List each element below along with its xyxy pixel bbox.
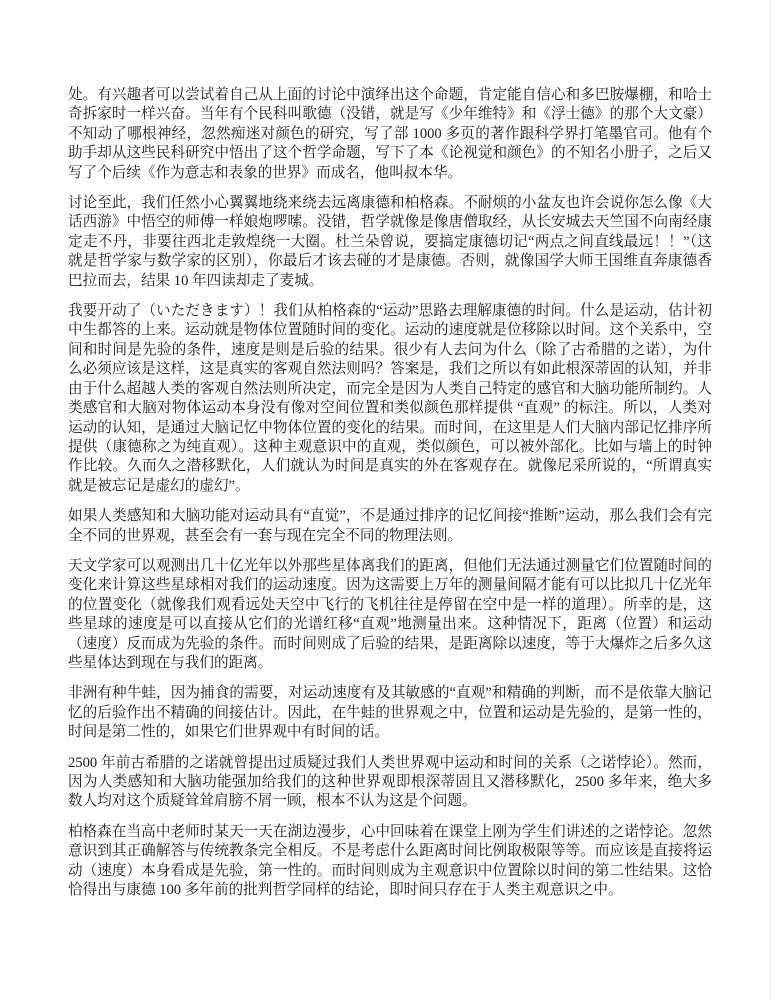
paragraph-schopenhauer: 处。有兴趣者可以尝试着自己从上面的讨论中演绎出这个命题，肯定能自信心和多巴胺爆棚… xyxy=(68,86,712,183)
paragraph-african-bullfrog: 非洲有种牛蛙，因为捕食的需要，对运动速度有及其敏感的“直观”和精确的判断，而不是… xyxy=(68,684,712,742)
paragraph-motion-and-time: 我要开动了（いただきます）！我们从柏格森的“运动”思路去理解康德的时间。什么是运… xyxy=(68,302,712,496)
document-text: 处。有兴趣者可以尝试着自己从上面的讨论中演绎出这个命题，肯定能自信心和多巴胺爆棚… xyxy=(68,86,712,911)
paragraph-astronomers: 天文学家可以观测出几十亿光年以外那些星体离我们的距离，但他们无法通过测量它们位置… xyxy=(68,557,712,673)
document-page: 处。有兴趣者可以尝试着自己从上面的讨论中演绎出这个命题，肯定能自信心和多巴胺爆棚… xyxy=(0,0,776,1000)
paragraph-bergson-lakeside: 柏格森在当高中老师时某天一天在湖边漫步，心中回味着在课堂上刚为学生们讲述的之诺悖… xyxy=(68,823,712,901)
paragraph-different-worldview: 如果人类感知和大脑功能对运动具有“直觉”，不是通过排序的记忆间接“推断”运动，那… xyxy=(68,507,712,546)
paragraph-avoiding-kant: 讨论至此，我们任然小心翼翼地绕来绕去远离康德和柏格森。不耐烦的小盆友也许会说你怎… xyxy=(68,194,712,291)
paragraph-zeno-paradox: 2500 年前古希腊的之诺就曾提出过质疑过我们人类世界观中运动和时间的关系（之诺… xyxy=(68,754,712,812)
page-right-edge-line xyxy=(770,0,771,1000)
